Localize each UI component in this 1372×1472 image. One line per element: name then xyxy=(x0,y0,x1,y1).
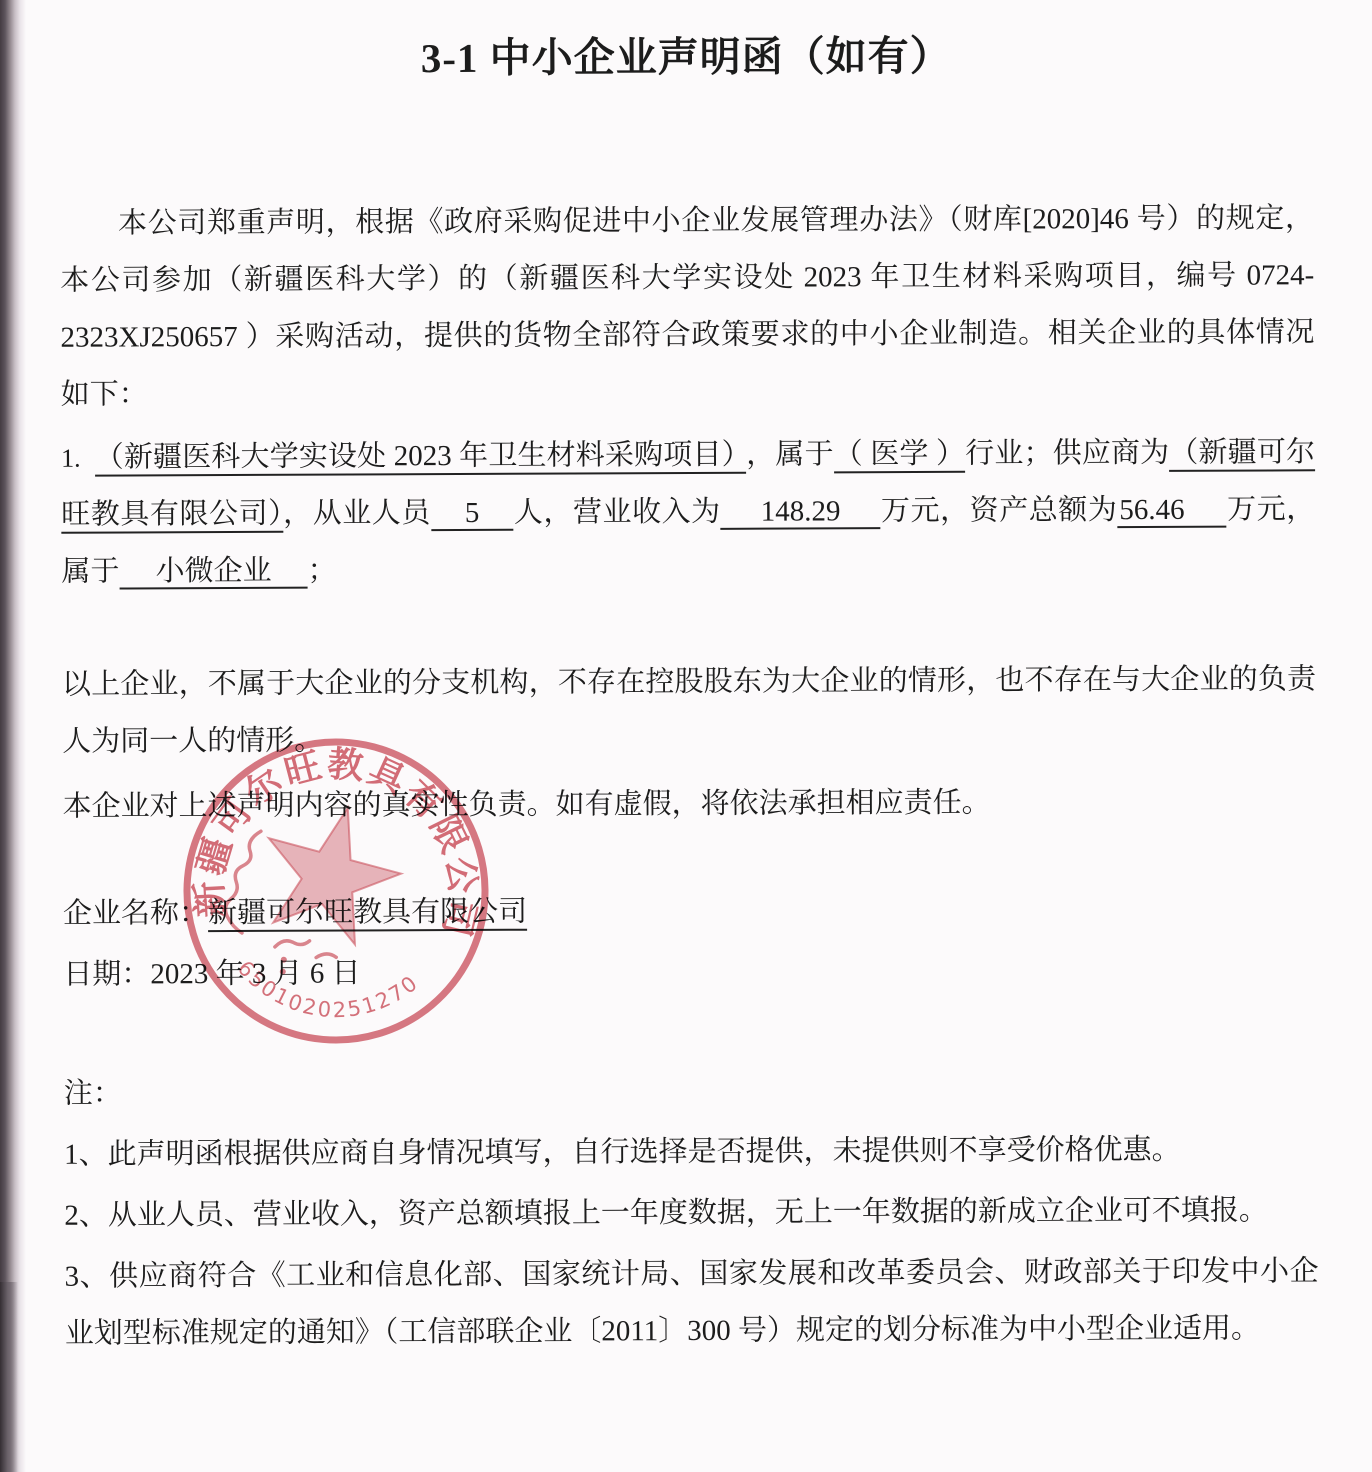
clause-text-1: ，属于 xyxy=(746,438,834,470)
declaration-opening-paragraph: 本公司郑重声明，根据《政府采购促进中小企业发展管理办法》（财库[2020]46 … xyxy=(60,190,1315,423)
note-item-2: 2、从业人员、营业收入，资产总额填报上一年度数据，无上一年数据的新成立企业可不填… xyxy=(64,1182,1318,1244)
revenue-blank: 148.29 xyxy=(721,495,881,530)
seal-uyghur-script xyxy=(274,938,337,959)
seal-star-icon xyxy=(248,790,414,951)
document-title: 3-1 中小企业声明函（如有） xyxy=(59,21,1313,85)
clause-text-2: 行业；供应商为 xyxy=(965,437,1169,470)
seal-script-dot xyxy=(281,956,288,963)
category-blank: 小微企业 xyxy=(119,555,307,590)
scan-edge-shadow xyxy=(0,0,26,1472)
date-label: 日期： xyxy=(63,958,150,990)
scan-corner-shadow xyxy=(0,1282,18,1472)
clause-text-3: ，从业人员 xyxy=(283,497,431,530)
seal-script-dot xyxy=(280,968,287,975)
assets-blank: 56.46 xyxy=(1117,494,1226,528)
employees-blank: 5 xyxy=(431,497,514,531)
project-name-blank: （新疆医科大学实设处 2023 年卫生材料采购项目） xyxy=(94,439,746,477)
clause-number: 1. xyxy=(61,444,81,473)
clause-text-4: 人，营业收入为 xyxy=(513,496,720,529)
industry-blank: （ 医学 ） xyxy=(834,438,966,474)
scanned-declaration-page: 3-1 中小企业声明函（如有） 本公司郑重声明，根据《政府采购促进中小企业发展管… xyxy=(0,0,1372,1472)
note-item-3: 3、供应商符合《工业和信息化部、国家统计局、国家发展和改革委员会、财政部关于印发… xyxy=(64,1243,1318,1362)
enterprise-details-clause: 1.（新疆医科大学实设处 2023 年卫生材料采购项目），属于（ 医学 ）行业；… xyxy=(61,424,1316,600)
document-content: 3-1 中小企业声明函（如有） 本公司郑重声明，根据《政府采购促进中小企业发展管… xyxy=(59,0,1319,1363)
note-item-1: 1、此声明函根据供应商自身情况填写，自行选择是否提供，未提供则不享受价格优惠。 xyxy=(64,1121,1318,1183)
clause-text-7: ； xyxy=(307,555,336,587)
notes-header: 注： xyxy=(64,1060,1318,1122)
company-seal: 新疆可尔旺教具有限公司 6501020251270 xyxy=(168,736,504,1058)
clause-text-5: 万元，资产总额为 xyxy=(880,494,1117,527)
